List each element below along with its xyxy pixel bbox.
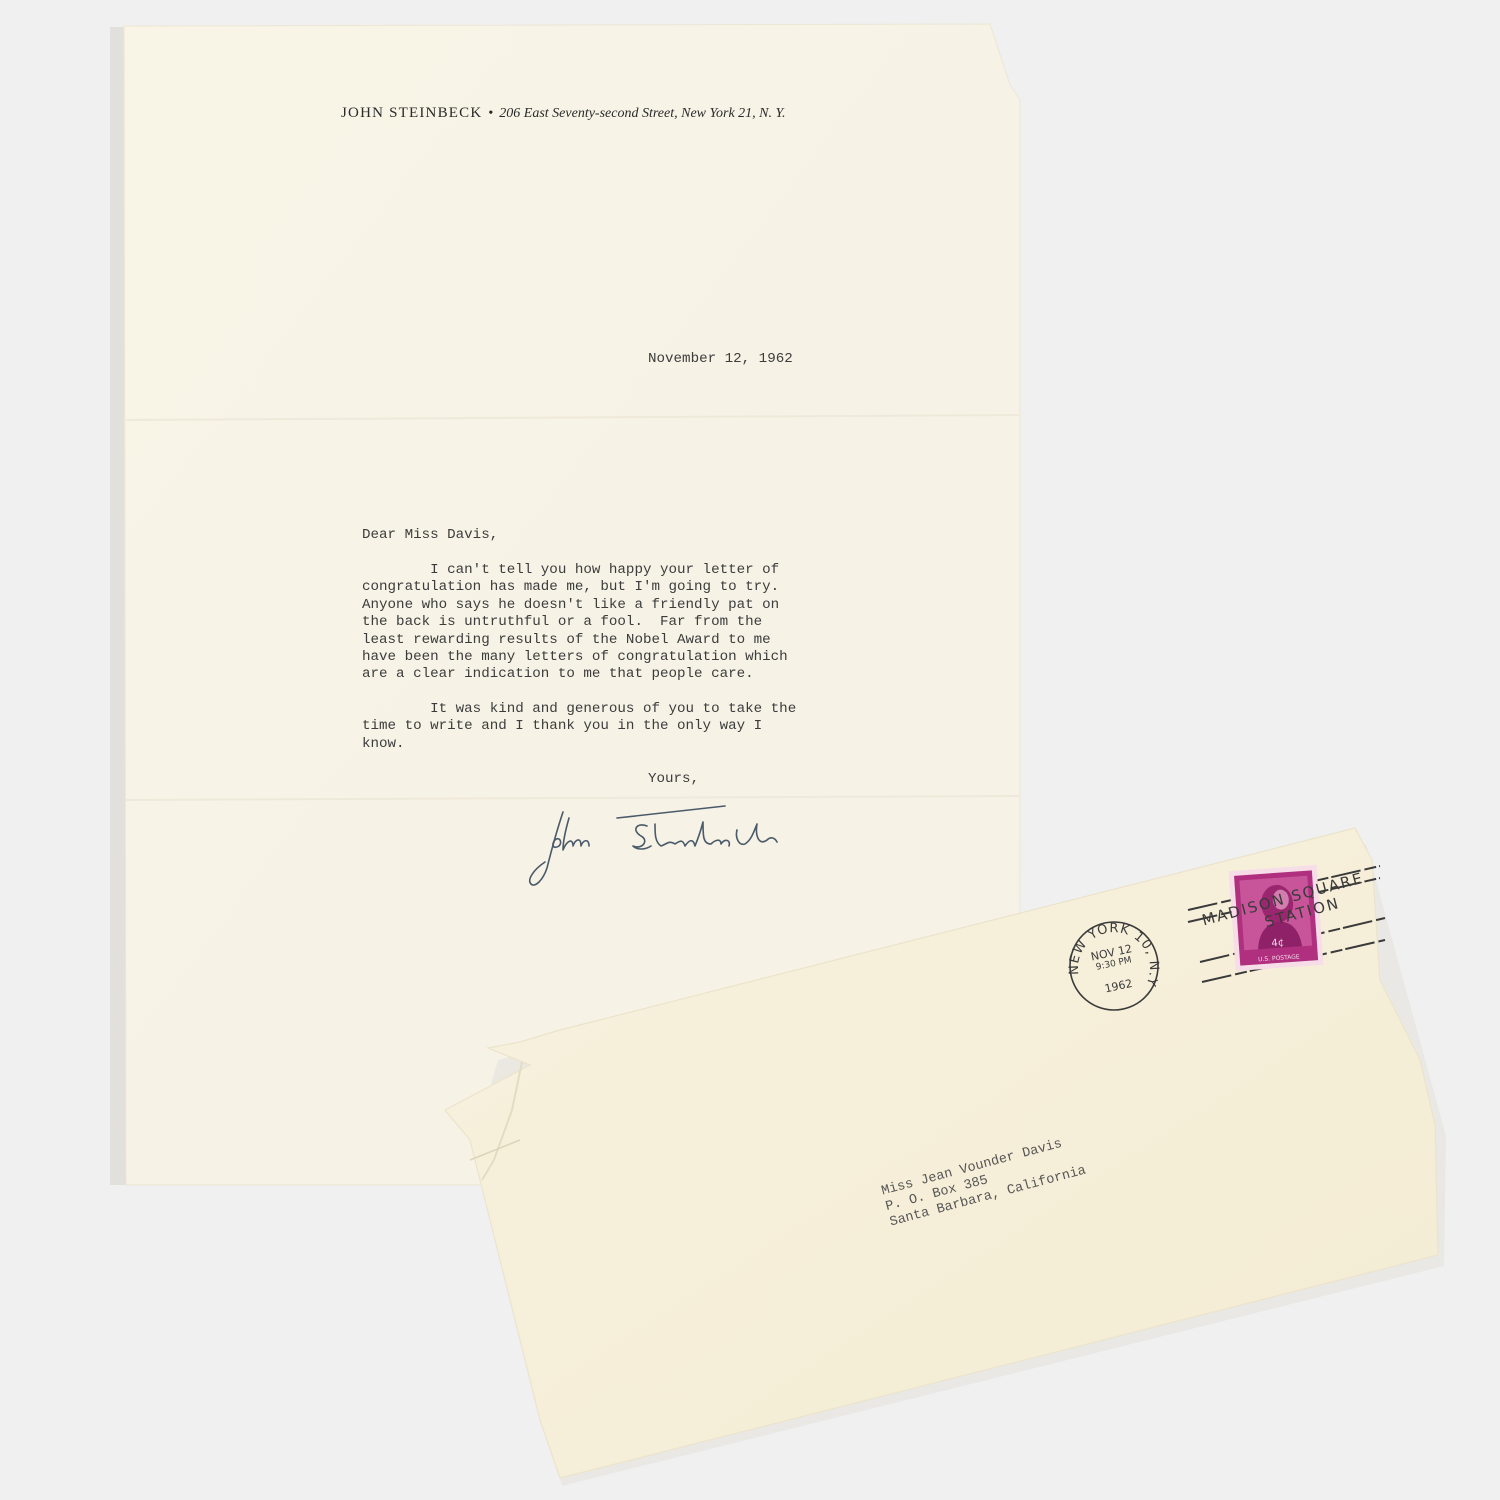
envelope <box>0 0 1500 1500</box>
stamp-denomination: 4¢ <box>1271 938 1284 950</box>
